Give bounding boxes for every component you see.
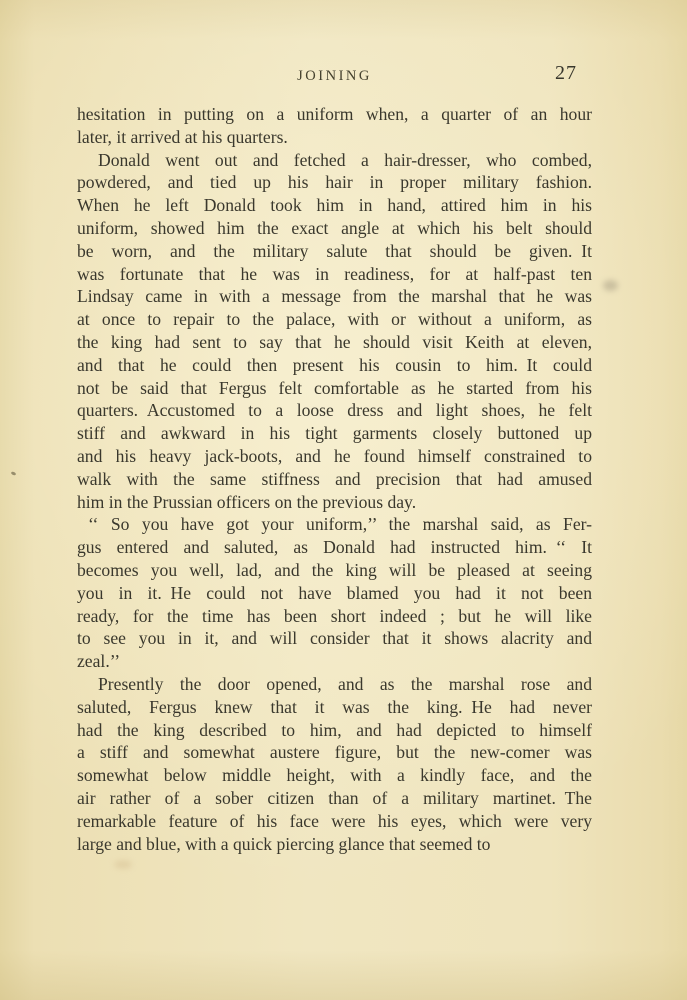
text-line: zeal.’’: [77, 650, 592, 673]
page-number: 27: [555, 62, 577, 85]
text-line: saluted, Fergus knew that it was the kin…: [77, 696, 592, 719]
text-line: ready, for the time has been short indee…: [77, 605, 592, 628]
book-page: JOINING 27 hesitation in putting on a un…: [0, 0, 687, 1000]
text-line: uniform, showed him the exact angle at w…: [77, 217, 592, 240]
text-line: Presently the door opened, and as the ma…: [77, 673, 592, 696]
text-line: the king had sent to say that he should …: [77, 331, 592, 354]
text-line: at once to repair to the palace, with or…: [77, 308, 592, 331]
text-line: hesitation in putting on a uniform when,…: [77, 103, 592, 126]
text-line: becomes you well, lad, and the king will…: [77, 559, 592, 582]
scan-smudge: [603, 280, 618, 291]
text-line: you in it. He could not have blamed you …: [77, 582, 592, 605]
text-column: JOINING 27 hesitation in putting on a un…: [77, 62, 592, 855]
text-line: quarters. Accustomed to a loose dress an…: [77, 399, 592, 422]
text-line: him in the Prussian officers on the prev…: [77, 491, 592, 514]
text-line: Lindsay came in with a message from the …: [77, 285, 592, 308]
page-header: JOINING 27: [77, 62, 592, 103]
paragraph: hesitation in putting on a uniform when,…: [77, 103, 592, 149]
text-line: large and blue, with a quick piercing gl…: [77, 833, 592, 856]
text-line: and that he could then present his cousi…: [77, 354, 592, 377]
text-line: air rather of a sober citizen than of a …: [77, 787, 592, 810]
scan-smudge: [114, 860, 132, 869]
paragraph: Presently the door opened, and as the ma…: [77, 673, 592, 855]
text-line: not be said that Fergus felt comfortable…: [77, 377, 592, 400]
running-header-title: JOINING: [77, 68, 592, 85]
text-line: and his heavy jack-boots, and he found h…: [77, 445, 592, 468]
text-line: ‘‘ So you have got your uniform,’’ the m…: [77, 513, 592, 536]
text-line: had the king described to him, and had d…: [77, 719, 592, 742]
text-line: later, it arrived at his quarters.: [77, 126, 592, 149]
text-line: walk with the same stiffness and precisi…: [77, 468, 592, 491]
text-line: Donald went out and fetched a hair-dress…: [77, 149, 592, 172]
text-line: somewhat below middle height, with a kin…: [77, 764, 592, 787]
text-line: stiff and awkward in his tight garments …: [77, 422, 592, 445]
text-line: gus entered and saluted, as Donald had i…: [77, 536, 592, 559]
paragraph: Donald went out and fetched a hair-dress…: [77, 149, 592, 514]
page-text: hesitation in putting on a uniform when,…: [77, 103, 592, 855]
text-line: When he left Donald took him in hand, at…: [77, 194, 592, 217]
text-line: was fortunate that he was in readiness, …: [77, 263, 592, 286]
text-line: a stiff and somewhat austere figure, but…: [77, 741, 592, 764]
text-line: remarkable feature of his face were his …: [77, 810, 592, 833]
text-line: powdered, and tied up his hair in proper…: [77, 171, 592, 194]
scan-speck: [11, 471, 17, 476]
paragraph: ‘‘ So you have got your uniform,’’ the m…: [77, 513, 592, 673]
text-line: to see you in it, and will consider that…: [77, 627, 592, 650]
text-line: be worn, and the military salute that sh…: [77, 240, 592, 263]
